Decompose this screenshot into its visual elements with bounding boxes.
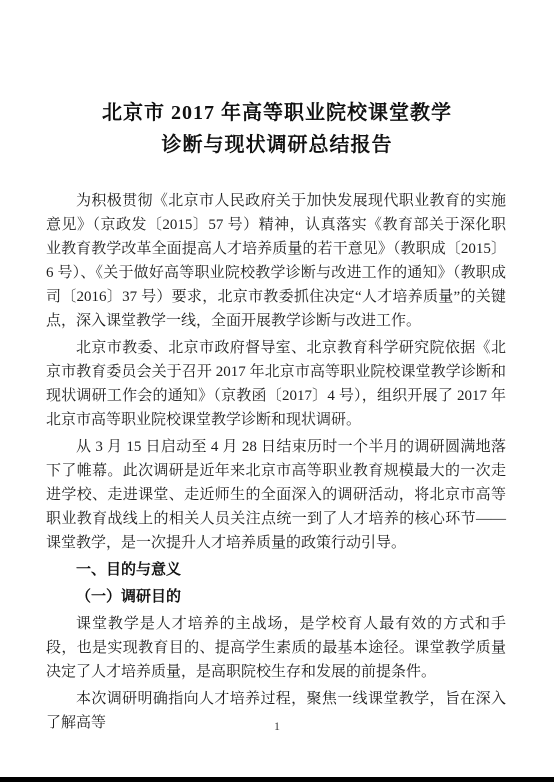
paragraph-organizers: 北京市教委、北京市政府督导室、北京教育科学研究院依据《北京市教育委员会关于召开 … <box>46 336 506 432</box>
section-heading-purpose-significance: 一、目的与意义 <box>46 558 506 582</box>
document-title: 北京市 2017 年高等职业院校课堂教学 诊断与现状调研总结报告 <box>0 0 554 161</box>
subsection-heading-survey-purpose: （一）调研目的 <box>46 585 506 609</box>
document-title-line-2: 诊断与现状调研总结报告 <box>0 129 554 161</box>
document-title-line-1: 北京市 2017 年高等职业院校课堂教学 <box>0 97 554 129</box>
paragraph-schedule: 从 3 月 15 日启动至 4 月 28 日结束历时一个半月的调研圆满地落下了帷… <box>46 435 506 555</box>
document-page: 北京市 2017 年高等职业院校课堂教学 诊断与现状调研总结报告 为积极贯彻《北… <box>0 0 554 784</box>
scan-edge-bar <box>0 777 554 782</box>
page-number: 1 <box>0 719 554 733</box>
document-body: 为积极贯彻《北京市人民政府关于加快发展现代职业教育的实施意见》（京政发〔2015… <box>0 189 554 735</box>
paragraph-policy-basis: 为积极贯彻《北京市人民政府关于加快发展现代职业教育的实施意见》（京政发〔2015… <box>46 189 506 333</box>
paragraph-classroom-importance: 课堂教学是人才培养的主战场，是学校育人最有效的方式和手段，也是实现教育目的、提高… <box>46 612 506 684</box>
